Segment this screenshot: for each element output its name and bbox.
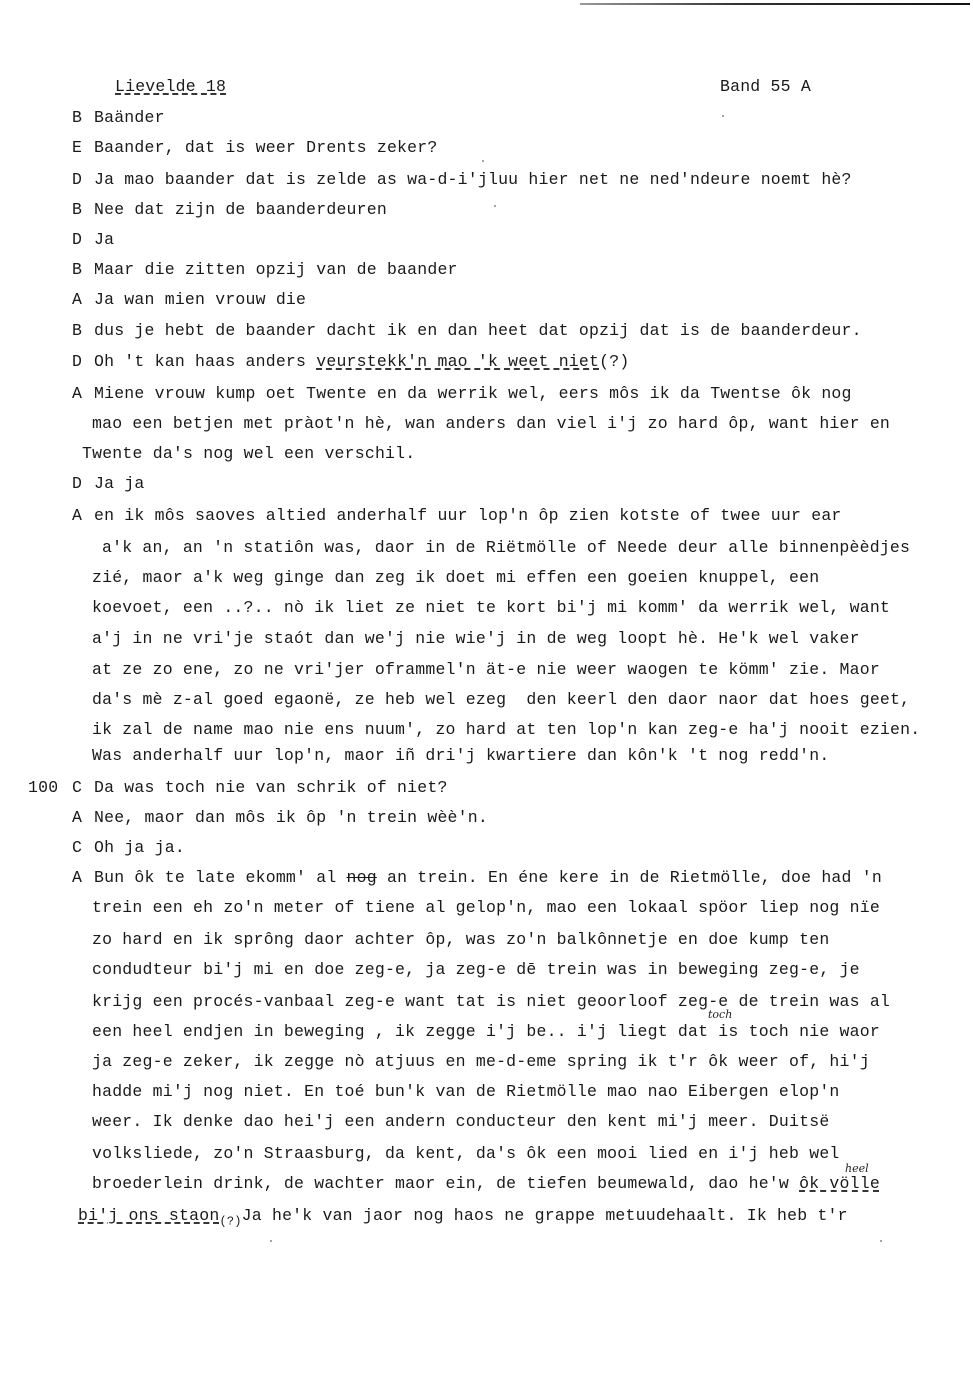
speaker-label: C	[72, 838, 94, 858]
speaker-label: E	[72, 138, 94, 158]
transcript-line: broederlein drink, de wachter maor ein, …	[92, 1174, 880, 1194]
utterance-text: Oh 't kan haas anders	[94, 352, 316, 371]
utterance-text: dus je hebt de baander dacht ik en dan h…	[94, 321, 862, 340]
utterance-text: weer. Ik denke dao hei'j een andern cond…	[92, 1112, 829, 1131]
transcript-line: bi'j ons staon(?)Ja he'k van jaor nog ha…	[78, 1206, 848, 1231]
transcript-line: da's mè z-al goed egaonë, ze heb wel eze…	[92, 690, 910, 710]
utterance-text: Nee dat zijn de baanderdeuren	[94, 200, 387, 219]
speaker-label: A	[72, 868, 94, 888]
utterance-text: koevoet, een ..?.. nò ik liet ze niet te…	[92, 598, 890, 617]
document-title: Lievelde 18	[115, 77, 226, 97]
speaker-label: D	[72, 352, 94, 372]
utterance-text: volksliede, zo'n Straasburg, da kent, da…	[92, 1144, 840, 1163]
speaker-label: B	[72, 260, 94, 280]
tape-label: Band 55 A	[720, 77, 811, 97]
transcript-line: EBaander, dat is weer Drents zeker?	[72, 138, 437, 158]
utterance-text: ik zal de name mao nie ens nuum', zo har…	[92, 720, 920, 739]
utterance-text: hadde mi'j nog niet. En toé bun'k van de…	[92, 1082, 840, 1101]
transcript-line: een heel endjen in beweging , ik zegge i…	[92, 1022, 880, 1042]
utterance-text: zié, maor a'k weg ginge dan zeg ik doet …	[92, 568, 819, 587]
utterance-text: ja zeg-e zeker, ik zegge nò atjuus en me…	[92, 1052, 870, 1071]
utterance-text: Was anderhalf uur lop'n, maor iñ dri'j k…	[92, 746, 829, 765]
speaker-label: B	[72, 108, 94, 128]
utterance-text: mao een betjen met pràot'n hè, wan ander…	[92, 414, 890, 433]
transcript-line: AJa wan mien vrouw die	[72, 290, 306, 310]
transcript-line: koevoet, een ..?.. nò ik liet ze niet te…	[92, 598, 890, 618]
utterance-text: krijg een procés-vanbaal zeg-e want tat …	[92, 992, 890, 1011]
line-number: 100	[28, 778, 58, 798]
scan-speck	[482, 160, 484, 162]
speaker-label: C	[72, 778, 94, 798]
transcript-line: BNee dat zijn de baanderdeuren	[72, 200, 387, 220]
speaker-label: A	[72, 384, 94, 404]
utterance-text: een heel endjen in beweging , ik zegge i…	[92, 1022, 880, 1041]
transcript-line: condudteur bi'j mi en doe zeg-e, ja zeg-…	[92, 960, 860, 980]
transcript-line: ANee, maor dan môs ik ôp 'n trein wèè'n.	[72, 808, 488, 828]
utterance-text: en ik môs saoves altied anderhalf uur lo…	[94, 506, 842, 525]
transcript-line: DJa ja	[72, 474, 145, 494]
title-text: Lievelde 18	[115, 77, 226, 96]
uncertain-text: ôk völle	[799, 1174, 880, 1193]
utterance-text: (?)	[599, 352, 629, 371]
utterance-text: Oh ja ja.	[94, 838, 185, 857]
utterance-text: an trein. En éne kere in de Rietmölle, d…	[377, 868, 882, 887]
utterance-text: Nee, maor dan môs ik ôp 'n trein wèè'n.	[94, 808, 488, 827]
transcript-line: DOh 't kan haas anders veurstekk'n mao '…	[72, 352, 629, 372]
utterance-text: Baander, dat is weer Drents zeker?	[94, 138, 437, 157]
transcript-line: BBaänder	[72, 108, 165, 128]
scan-speck	[270, 1240, 272, 1242]
transcript-line: a'k an, an 'n statiôn was, daor in de Ri…	[102, 538, 910, 558]
utterance-text: a'j in ne vri'je staót dan we'j nie wie'…	[92, 629, 860, 648]
utterance-text: trein een eh zo'n meter of tiene al gelo…	[92, 898, 880, 917]
speaker-label: A	[72, 506, 94, 526]
scan-speck	[722, 115, 724, 117]
utterance-text: Maar die zitten opzij van de baander	[94, 260, 458, 279]
utterance-text: Ja	[94, 230, 114, 249]
handwritten-note-toch: toch	[708, 1008, 732, 1021]
speaker-label: D	[72, 230, 94, 250]
transcript-line: trein een eh zo'n meter of tiene al gelo…	[92, 898, 880, 918]
transcript-line: krijg een procés-vanbaal zeg-e want tat …	[92, 992, 890, 1012]
utterance-text: at ze zo ene, zo ne vri'jer oframmel'n ä…	[92, 660, 880, 679]
utterance-text: Twente da's nog wel een verschil.	[82, 444, 415, 463]
speaker-label: D	[72, 474, 94, 494]
transcript-line: zo hard en ik sprông daor achter ôp, was…	[92, 930, 829, 950]
utterance-text: Ja wan mien vrouw die	[94, 290, 306, 309]
transcript-line: Bdus je hebt de baander dacht ik en dan …	[72, 321, 862, 341]
scan-speck	[880, 1240, 882, 1242]
transcript-line: AMiene vrouw kump oet Twente en da werri…	[72, 384, 852, 404]
utterance-text: a'k an, an 'n statiôn was, daor in de Ri…	[102, 538, 910, 557]
uncertain-text: veurstekk'n mao 'k weet niet	[316, 352, 599, 371]
uncertain-text: bi'j ons staon	[78, 1206, 219, 1225]
utterance-text: broederlein drink, de wachter maor ein, …	[92, 1174, 799, 1193]
transcript-line: Twente da's nog wel een verschil.	[82, 444, 415, 464]
utterance-text: Bun ôk te late ekomm' al	[94, 868, 347, 887]
transcript-line: DJa	[72, 230, 114, 250]
transcript-line: Aen ik môs saoves altied anderhalf uur l…	[72, 506, 842, 526]
utterance-text: Ja he'k van jaor nog haos ne grappe metu…	[242, 1206, 848, 1225]
utterance-text: condudteur bi'j mi en doe zeg-e, ja zeg-…	[92, 960, 860, 979]
transcript-line: BMaar die zitten opzij van de baander	[72, 260, 458, 280]
transcript-line: DJa mao baander dat is zelde as wa-d-i'j…	[72, 170, 852, 190]
transcript-line: hadde mi'j nog niet. En toé bun'k van de…	[92, 1082, 840, 1102]
utterance-text: Ja mao baander dat is zelde as wa-d-i'jl…	[94, 170, 852, 189]
top-edge-rule	[580, 3, 970, 5]
transcript-line: volksliede, zo'n Straasburg, da kent, da…	[92, 1144, 840, 1164]
speaker-label: A	[72, 808, 94, 828]
utterance-text: Baänder	[94, 108, 165, 127]
transcript-line: zié, maor a'k weg ginge dan zeg ik doet …	[92, 568, 819, 588]
handwritten-note-heel: heel	[845, 1162, 869, 1175]
transcript-line: ja zeg-e zeker, ik zegge nò atjuus en me…	[92, 1052, 870, 1072]
utterance-text: Da was toch nie van schrik of niet?	[94, 778, 448, 797]
transcript-line: ik zal de name mao nie ens nuum', zo har…	[92, 720, 920, 740]
transcript-line: weer. Ik denke dao hei'j een andern cond…	[92, 1112, 829, 1132]
utterance-text: Miene vrouw kump oet Twente en da werrik…	[94, 384, 852, 403]
uncertain-marker: (?)	[219, 1214, 241, 1228]
speaker-label: A	[72, 290, 94, 310]
transcript-line: 100CDa was toch nie van schrik of niet?	[72, 778, 448, 798]
scan-speck	[494, 205, 496, 207]
speaker-label: B	[72, 321, 94, 341]
transcript-line: Was anderhalf uur lop'n, maor iñ dri'j k…	[92, 746, 829, 766]
struck-text: nog	[347, 868, 377, 887]
transcript-line: mao een betjen met pràot'n hè, wan ander…	[92, 414, 890, 434]
transcript-line: ABun ôk te late ekomm' al nog an trein. …	[72, 868, 882, 888]
transcript-line: at ze zo ene, zo ne vri'jer oframmel'n ä…	[92, 660, 880, 680]
speaker-label: B	[72, 200, 94, 220]
speaker-label: D	[72, 170, 94, 190]
transcript-line: COh ja ja.	[72, 838, 185, 858]
transcript-line: a'j in ne vri'je staót dan we'j nie wie'…	[92, 629, 860, 649]
utterance-text: Ja ja	[94, 474, 145, 493]
utterance-text: zo hard en ik sprông daor achter ôp, was…	[92, 930, 829, 949]
utterance-text: da's mè z-al goed egaonë, ze heb wel eze…	[92, 690, 910, 709]
